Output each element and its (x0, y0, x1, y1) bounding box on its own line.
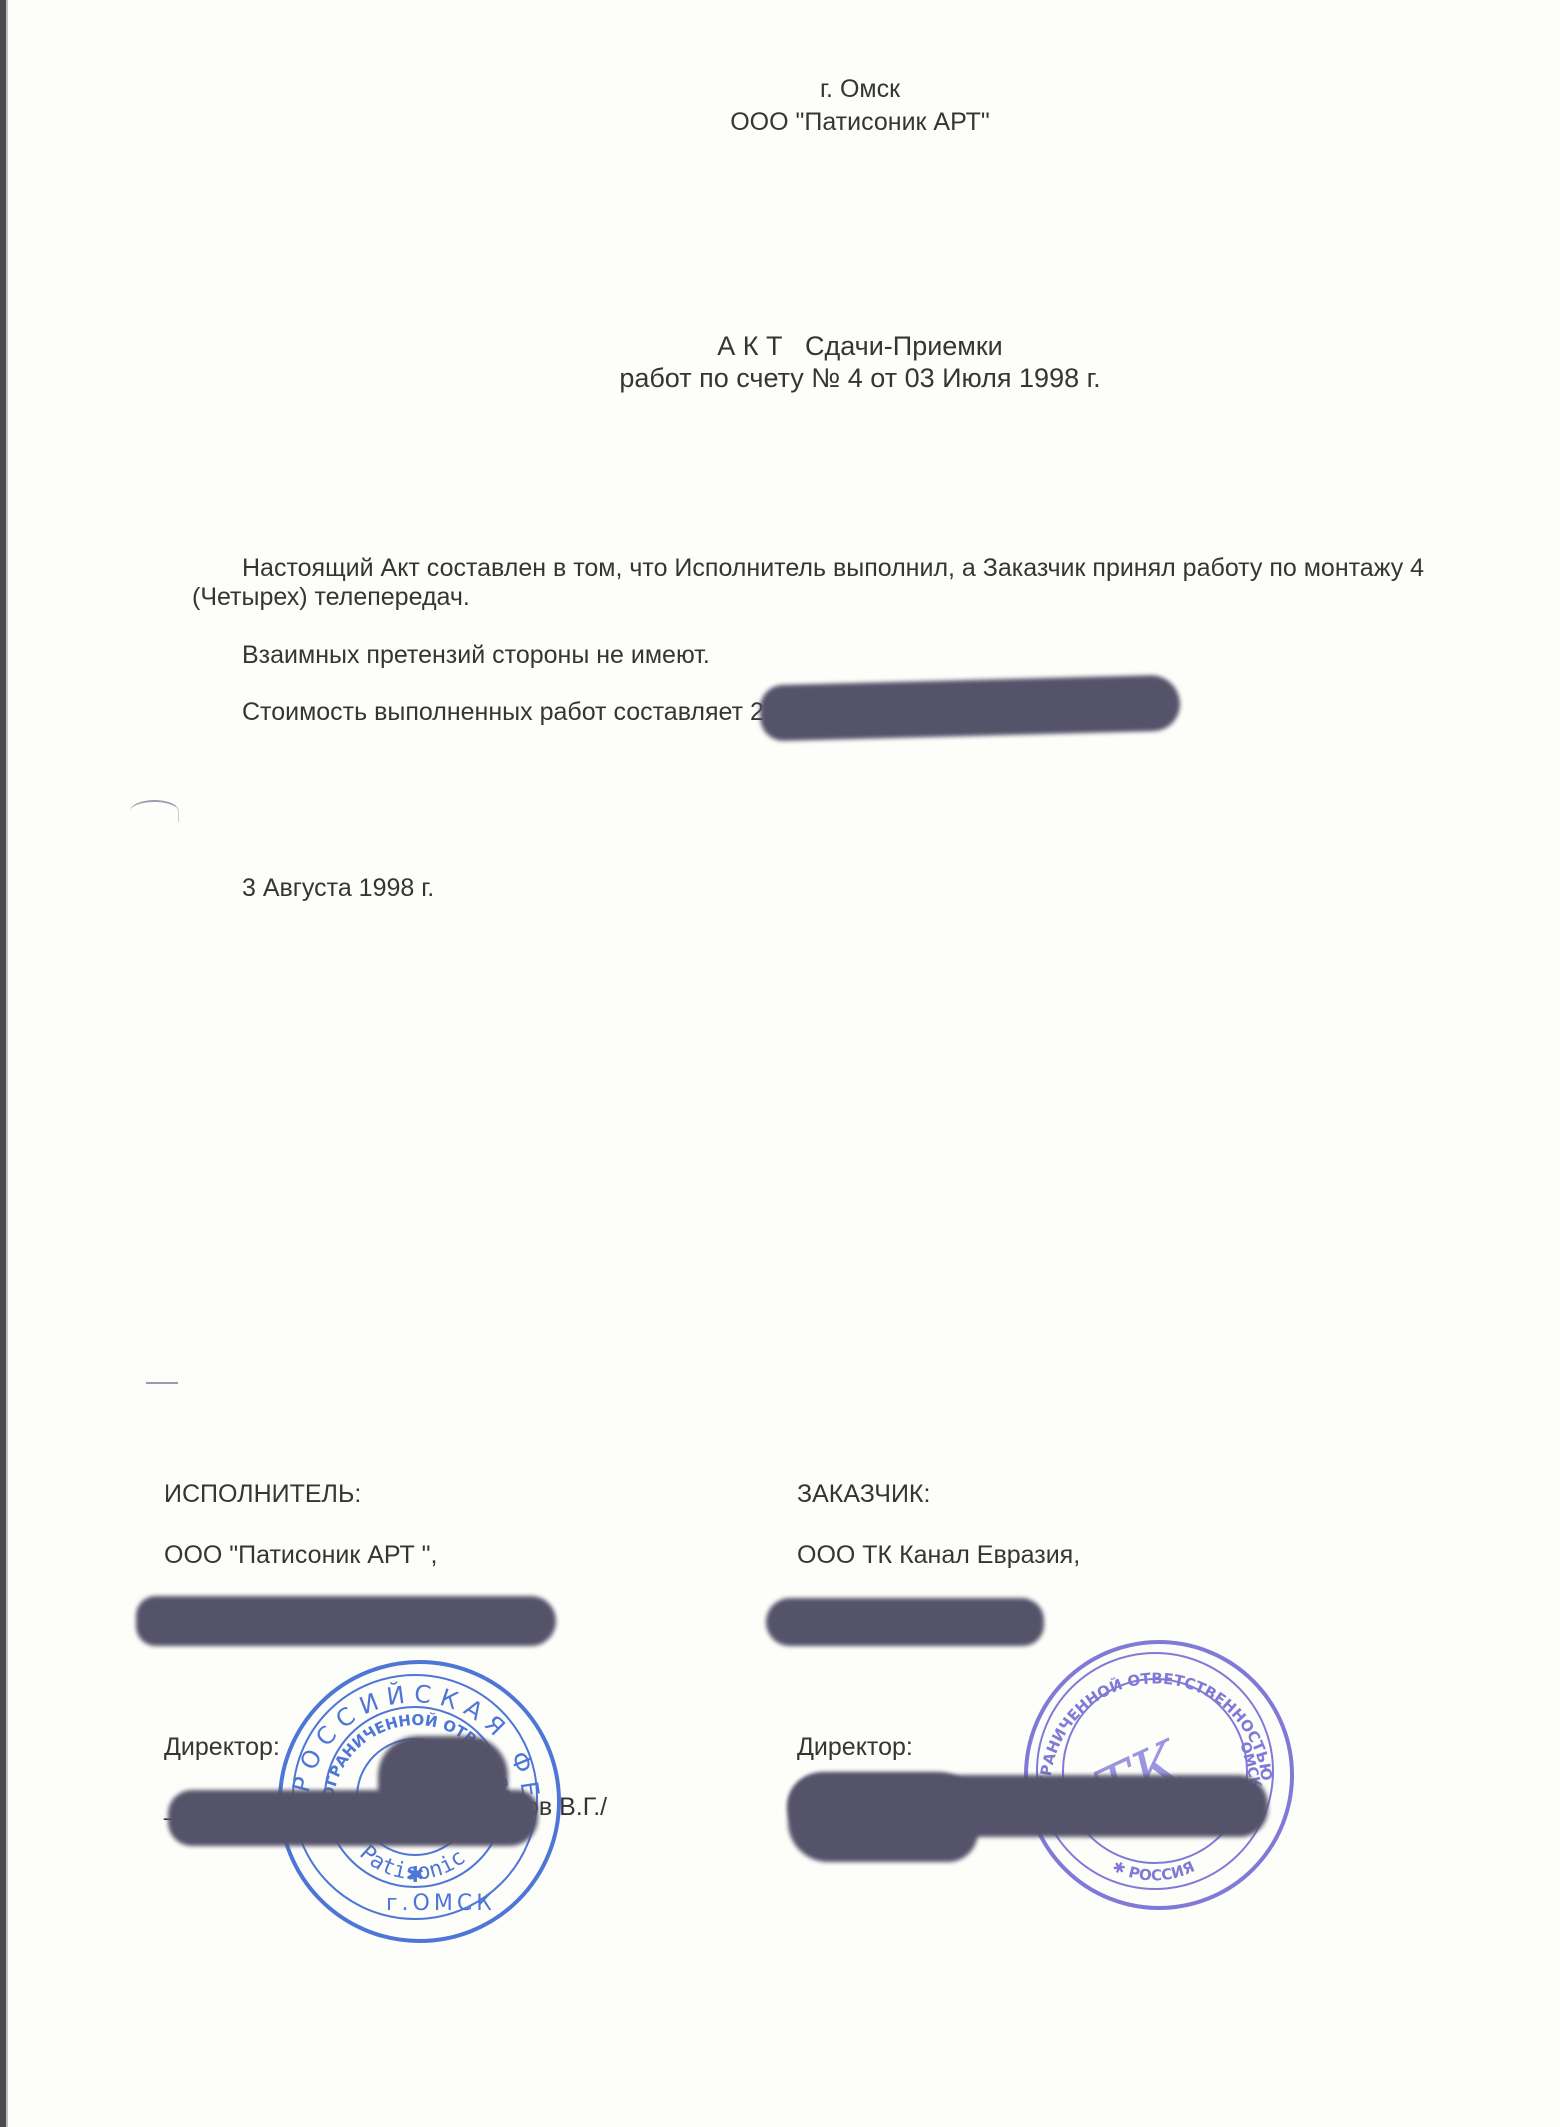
redaction-executor-signature-top (378, 1736, 508, 1800)
body-paragraph-3: Стоимость выполненных работ составляет 2 (242, 697, 764, 727)
redaction-executor-details (136, 1596, 556, 1646)
body-paragraph-2: Взаимных претензий стороны не имеют. (242, 640, 710, 670)
executor-company: ООО "Патисоник АРТ ", (164, 1540, 438, 1570)
svg-text:г.ОМСК: г.ОМСК (386, 1891, 496, 1916)
scan-mark (146, 1382, 178, 1398)
customer-company: ООО ТК Канал Евразия, (797, 1540, 1080, 1570)
customer-role-label: ЗАКАЗЧИК: (797, 1479, 930, 1509)
scan-edge-highlight (6, 0, 8, 2127)
document-title: А К Т Сдачи-Приемки (0, 330, 1560, 362)
redaction-customer-details (766, 1598, 1044, 1646)
executor-director-label: Директор: (164, 1732, 280, 1762)
svg-text:✱ РОССИЯ: ✱ РОССИЯ (1110, 1857, 1198, 1884)
executor-role-label: ИСПОЛНИТЕЛЬ: (164, 1479, 361, 1509)
body-paragraph-1-line-2: (Четырех) телепередач. (192, 582, 470, 612)
document-subtitle: работ по счету № 4 от 03 Июля 1998 г. (0, 362, 1560, 394)
customer-director-label: Директор: (797, 1732, 913, 1762)
scan-mark (130, 800, 179, 822)
redaction-customer-signature-left (788, 1772, 978, 1862)
svg-text:✱: ✱ (406, 1863, 424, 1888)
header-city: г. Омск (0, 74, 1560, 104)
body-paragraph-1-line-1: Настоящий Акт составлен в том, что Испол… (242, 553, 1424, 583)
header-company: ООО "Патисоник АРТ" (0, 107, 1560, 137)
document-date: 3 Августа 1998 г. (242, 873, 434, 903)
redaction-cost (759, 675, 1180, 742)
